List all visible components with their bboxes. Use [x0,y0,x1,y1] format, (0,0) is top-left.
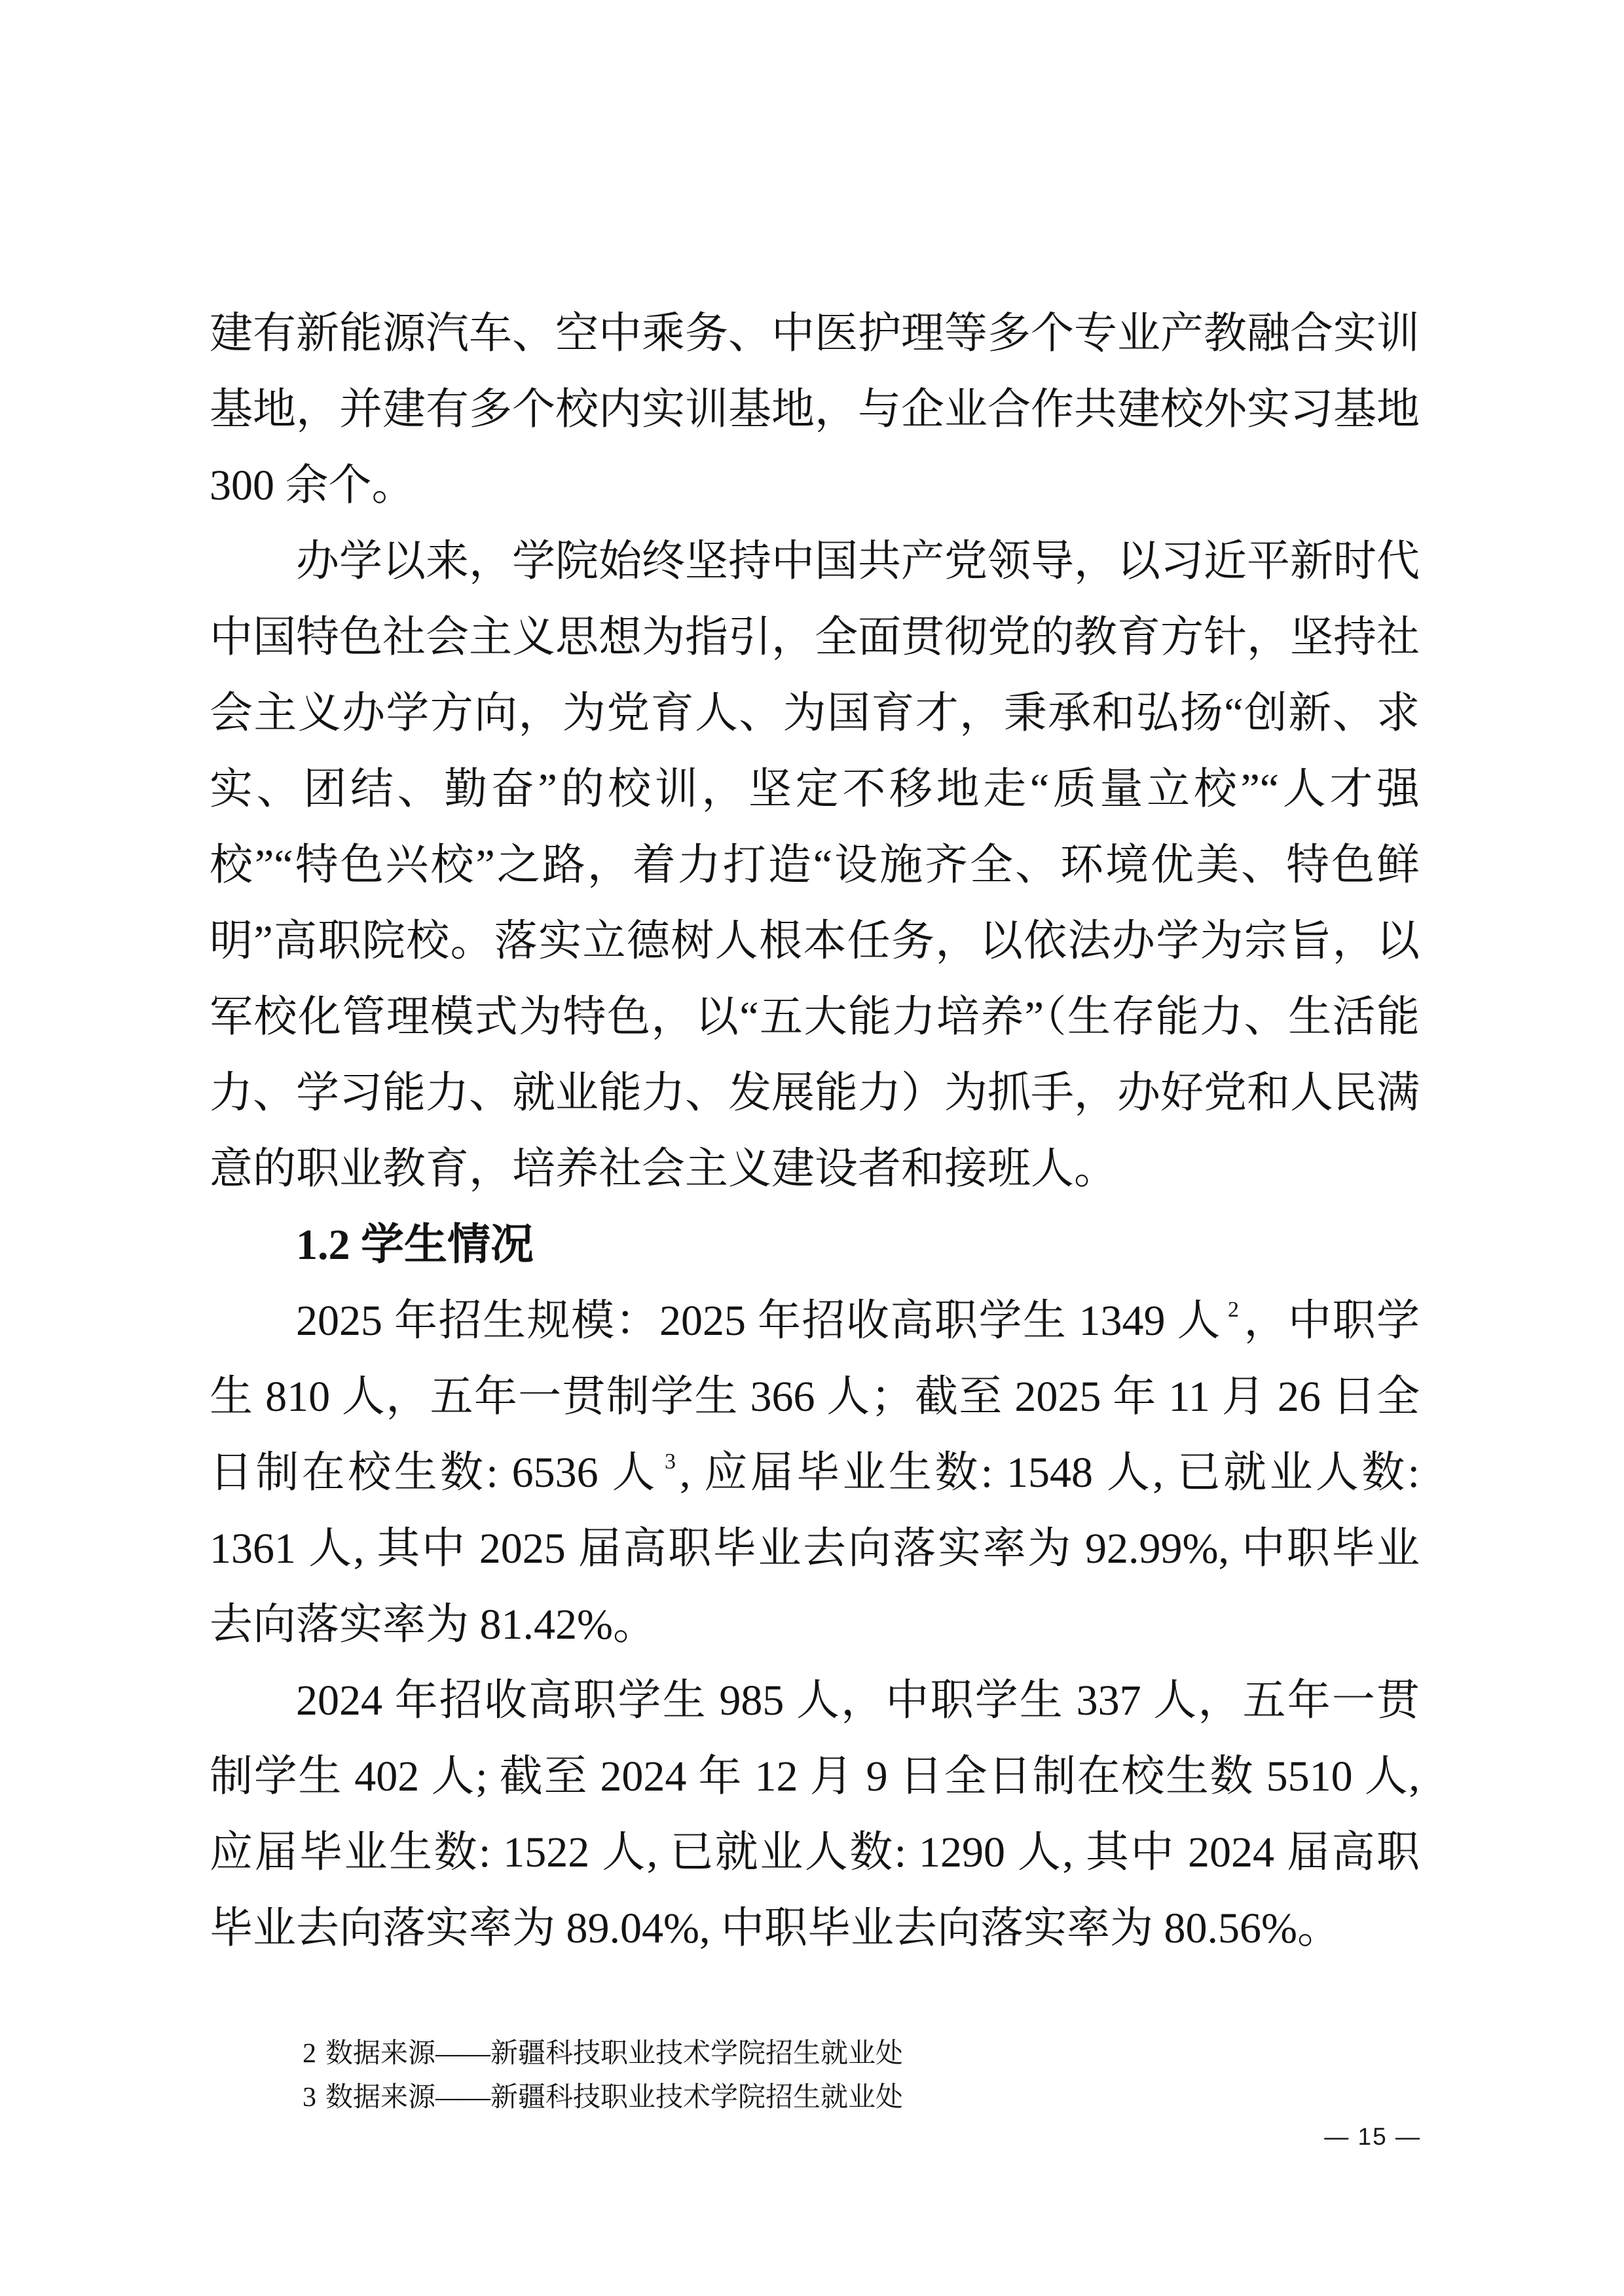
body-paragraph-school-philosophy: 办学以来，学院始终坚持中国共产党领导，以习近平新时代中国特色社会主义思想为指引，… [210,524,1420,1207]
footnotes-section: 2数据来源——新疆科技职业技术学院招生就业处 3数据来源——新疆科技职业技术学院… [303,2032,903,2120]
footnote-text: 数据来源——新疆科技职业技术学院招生就业处 [325,2039,903,2069]
footnote-ref-2: 2 [1228,1298,1239,1322]
body-paragraph-training-bases: 建有新能源汽车、空中乘务、中医护理等多个专业产教融合实训基地，并建有多个校内实训… [210,296,1420,524]
body-paragraph-2024-enrollment: 2024 年招收高职学生 985 人，中职学生 337 人，五年一贯制学生 40… [210,1663,1420,1967]
footnote-marker: 3 [303,2083,316,2113]
section-heading-1-2: 1.2 学生情况 [210,1207,1420,1283]
paragraph-text: 2025 年招生规模：2025 年招收高职学生 1349 人 [296,1297,1221,1345]
footnote-text: 数据来源——新疆科技职业技术学院招生就业处 [325,2083,903,2113]
body-paragraph-2025-enrollment: 2025 年招生规模：2025 年招收高职学生 1349 人2，中职学生 810… [210,1283,1420,1663]
page-content: 建有新能源汽车、空中乘务、中医护理等多个专业产教融合实训基地，并建有多个校内实训… [210,296,1420,1967]
page-number: — 15 — [1324,2123,1421,2151]
footnote-2: 2数据来源——新疆科技职业技术学院招生就业处 [303,2032,903,2076]
footnote-marker: 2 [303,2039,316,2069]
footnote-ref-3: 3 [665,1449,676,1474]
footnote-3: 3数据来源——新疆科技职业技术学院招生就业处 [303,2076,903,2120]
